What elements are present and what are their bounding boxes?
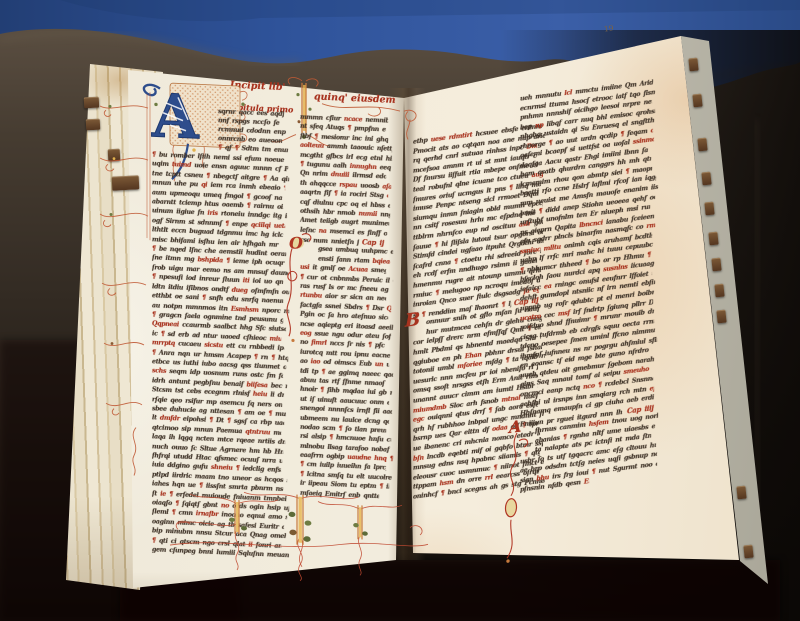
- fore-edge-tab: [689, 58, 699, 72]
- left-page-content: Incipit lib' quinq' eiusdem Capitula pri…: [100, 72, 420, 616]
- right-page-column2: ueh mnnutu lcl mmctu imiine Qm Aridu hau…: [520, 78, 658, 496]
- initial-O-with-flourish: O: [286, 232, 326, 349]
- folio-number: 19: [603, 23, 614, 33]
- bottom-margin-ornaments: [160, 487, 440, 587]
- right-page-content: ethp uese rdmtirt hcsuee ebsfe cntnnoe ¶…: [411, 64, 771, 608]
- left-page-column1-beside-initial: sqrnr qacc ees aqdfe Hſi rsquqd qt ¶ onc…: [218, 107, 288, 155]
- initial-B: B: [405, 311, 420, 331]
- margin-penwork-flourishes: [96, 88, 156, 481]
- manuscript-photo-scene: Incipit lib' quinq' eiusdem Capitula pri…: [0, 0, 800, 621]
- initial-A-flourish-tail: [497, 431, 533, 567]
